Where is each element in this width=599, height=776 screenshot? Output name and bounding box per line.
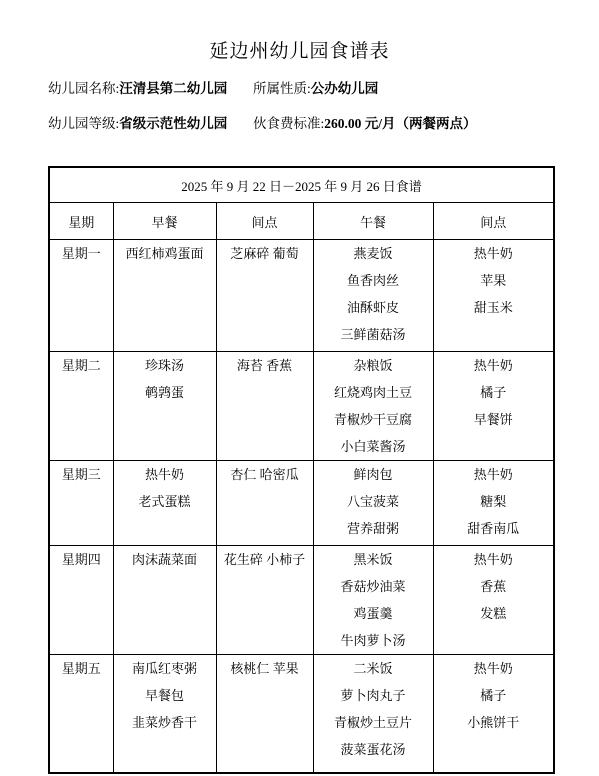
menu-item: 香蕉 (434, 573, 554, 600)
lunch-cell: 二米饭萝卜肉丸子青椒炒土豆片菠菜蛋花汤 (313, 655, 433, 773)
day-label: 星期五 (50, 655, 113, 682)
col-header-afternoon-snack: 间点 (433, 203, 554, 240)
info-line-1: 幼儿园名称:汪清县第二幼儿园 所属性质:公办幼儿园 (48, 80, 599, 98)
meal-fee: 伙食费标准:260.00 元/月（两餐两点） (253, 115, 477, 133)
day-cell: 星期一 (49, 240, 113, 352)
menu-item: 橘子 (434, 379, 554, 406)
table-row: 星期二珍珠汤鹌鹑蛋海苔 香蕉杂粮饭红烧鸡肉土豆青椒炒干豆腐小白菜酱汤热牛奶橘子早… (49, 352, 554, 461)
breakfast-cell: 西红柿鸡蛋面 (113, 240, 216, 352)
breakfast-cell: 肉沫蔬菜面 (113, 546, 216, 655)
menu-item: 甜香南瓜 (434, 515, 554, 542)
menu-item: 三鲜菌菇汤 (314, 321, 433, 348)
table-row: 星期一西红柿鸡蛋面芝麻碎 葡萄燕麦饭鱼香肉丝油酥虾皮三鲜菌菇汤热牛奶苹果甜玉米 (49, 240, 554, 352)
lunch-cell: 鲜肉包八宝菠菜营养甜粥 (313, 461, 433, 546)
ownership-type: 所属性质:公办幼儿园 (253, 80, 378, 98)
kindergarten-grade-label: 幼儿园等级: (48, 116, 119, 131)
menu-item: 肉沫蔬菜面 (114, 546, 216, 573)
menu-item: 橘子 (434, 682, 554, 709)
menu-item: 热牛奶 (114, 461, 216, 488)
document-page: 延边州幼儿园食谱表 幼儿园名称:汪清县第二幼儿园 所属性质:公办幼儿园 幼儿园等… (0, 0, 599, 776)
col-header-lunch: 午餐 (313, 203, 433, 240)
meal-fee-label: 伙食费标准: (253, 116, 324, 131)
caption-row: 2025 年 9 月 22 日－2025 年 9 月 26 日食谱 (49, 167, 554, 203)
morning-snack-cell: 杏仁 哈密瓜 (216, 461, 313, 546)
menu-item: 鲜肉包 (314, 461, 433, 488)
menu-item: 南瓜红枣粥 (114, 655, 216, 682)
day-label: 星期一 (50, 240, 113, 267)
menu-item: 萝卜肉丸子 (314, 682, 433, 709)
table-row: 星期三热牛奶老式蛋糕杏仁 哈密瓜鲜肉包八宝菠菜营养甜粥热牛奶糖梨甜香南瓜 (49, 461, 554, 546)
menu-item: 小白菜酱汤 (314, 433, 433, 460)
menu-item: 黑米饭 (314, 546, 433, 573)
menu-item: 糖梨 (434, 488, 554, 515)
table-caption: 2025 年 9 月 22 日－2025 年 9 月 26 日食谱 (49, 167, 554, 203)
menu-item: 鱼香肉丝 (314, 267, 433, 294)
afternoon-snack-cell: 热牛奶苹果甜玉米 (433, 240, 554, 352)
info-line-2: 幼儿园等级:省级示范性幼儿园 伙食费标准:260.00 元/月（两餐两点） (48, 115, 599, 133)
day-cell: 星期五 (49, 655, 113, 773)
menu-item: 菠菜蛋花汤 (314, 736, 433, 763)
morning-snack-cell: 海苔 香蕉 (216, 352, 313, 461)
kindergarten-name: 幼儿园名称:汪清县第二幼儿园 (48, 80, 253, 98)
kindergarten-grade: 幼儿园等级:省级示范性幼儿园 (48, 115, 253, 133)
menu-item: 青椒炒干豆腐 (314, 406, 433, 433)
menu-item: 珍珠汤 (114, 352, 216, 379)
menu-item: 苹果 (434, 267, 554, 294)
header-row: 星期早餐间点午餐间点 (49, 203, 554, 240)
menu-item: 营养甜粥 (314, 515, 433, 542)
kindergarten-grade-value: 省级示范性幼儿园 (119, 116, 227, 131)
menu-item: 杏仁 哈密瓜 (217, 461, 313, 488)
menu-item: 香菇炒油菜 (314, 573, 433, 600)
kindergarten-name-value: 汪清县第二幼儿园 (119, 81, 227, 96)
menu-item: 油酥虾皮 (314, 294, 433, 321)
afternoon-snack-cell: 热牛奶香蕉发糕 (433, 546, 554, 655)
menu-item: 牛肉萝卜汤 (314, 627, 433, 654)
menu-item: 鹌鹑蛋 (114, 379, 216, 406)
menu-item: 甜玉米 (434, 294, 554, 321)
day-cell: 星期四 (49, 546, 113, 655)
menu-item: 早餐饼 (434, 406, 554, 433)
ownership-type-value: 公办幼儿园 (311, 81, 379, 96)
day-cell: 星期二 (49, 352, 113, 461)
breakfast-cell: 南瓜红枣粥早餐包韭菜炒香干 (113, 655, 216, 773)
afternoon-snack-cell: 热牛奶橘子早餐饼 (433, 352, 554, 461)
day-label: 星期四 (50, 546, 113, 573)
morning-snack-cell: 花生碎 小柿子 (216, 546, 313, 655)
menu-item: 热牛奶 (434, 546, 554, 573)
morning-snack-cell: 核桃仁 苹果 (216, 655, 313, 773)
lunch-cell: 燕麦饭鱼香肉丝油酥虾皮三鲜菌菇汤 (313, 240, 433, 352)
col-header-day: 星期 (49, 203, 113, 240)
menu-table: 2025 年 9 月 22 日－2025 年 9 月 26 日食谱 星期早餐间点… (48, 166, 555, 774)
menu-item: 热牛奶 (434, 352, 554, 379)
menu-item: 韭菜炒香干 (114, 709, 216, 736)
ownership-type-label: 所属性质: (253, 81, 311, 96)
table-row: 星期四肉沫蔬菜面花生碎 小柿子黑米饭香菇炒油菜鸡蛋羹牛肉萝卜汤热牛奶香蕉发糕 (49, 546, 554, 655)
menu-item: 小熊饼干 (434, 709, 554, 736)
table-row: 星期五南瓜红枣粥早餐包韭菜炒香干核桃仁 苹果二米饭萝卜肉丸子青椒炒土豆片菠菜蛋花… (49, 655, 554, 773)
menu-item: 西红柿鸡蛋面 (114, 240, 216, 267)
menu-item: 热牛奶 (434, 461, 554, 488)
col-header-morning-snack: 间点 (216, 203, 313, 240)
menu-item: 发糕 (434, 600, 554, 627)
menu-item: 青椒炒土豆片 (314, 709, 433, 736)
menu-item: 二米饭 (314, 655, 433, 682)
afternoon-snack-cell: 热牛奶糖梨甜香南瓜 (433, 461, 554, 546)
menu-item: 鸡蛋羹 (314, 600, 433, 627)
menu-item: 核桃仁 苹果 (217, 655, 313, 682)
breakfast-cell: 珍珠汤鹌鹑蛋 (113, 352, 216, 461)
menu-item: 热牛奶 (434, 655, 554, 682)
menu-item: 花生碎 小柿子 (217, 546, 313, 573)
col-header-breakfast: 早餐 (113, 203, 216, 240)
menu-item: 老式蛋糕 (114, 488, 216, 515)
day-label: 星期三 (50, 461, 113, 488)
page-title: 延边州幼儿园食谱表 (0, 0, 599, 60)
afternoon-snack-cell: 热牛奶橘子小熊饼干 (433, 655, 554, 773)
menu-item: 早餐包 (114, 682, 216, 709)
menu-item: 热牛奶 (434, 240, 554, 267)
breakfast-cell: 热牛奶老式蛋糕 (113, 461, 216, 546)
menu-item: 芝麻碎 葡萄 (217, 240, 313, 267)
morning-snack-cell: 芝麻碎 葡萄 (216, 240, 313, 352)
menu-item: 红烧鸡肉土豆 (314, 379, 433, 406)
day-label: 星期二 (50, 352, 113, 379)
lunch-cell: 黑米饭香菇炒油菜鸡蛋羹牛肉萝卜汤 (313, 546, 433, 655)
menu-item: 八宝菠菜 (314, 488, 433, 515)
meal-fee-value: 260.00 元/月（两餐两点） (324, 116, 476, 131)
kindergarten-name-label: 幼儿园名称: (48, 81, 119, 96)
menu-item: 燕麦饭 (314, 240, 433, 267)
lunch-cell: 杂粮饭红烧鸡肉土豆青椒炒干豆腐小白菜酱汤 (313, 352, 433, 461)
menu-item: 海苔 香蕉 (217, 352, 313, 379)
day-cell: 星期三 (49, 461, 113, 546)
menu-item: 杂粮饭 (314, 352, 433, 379)
